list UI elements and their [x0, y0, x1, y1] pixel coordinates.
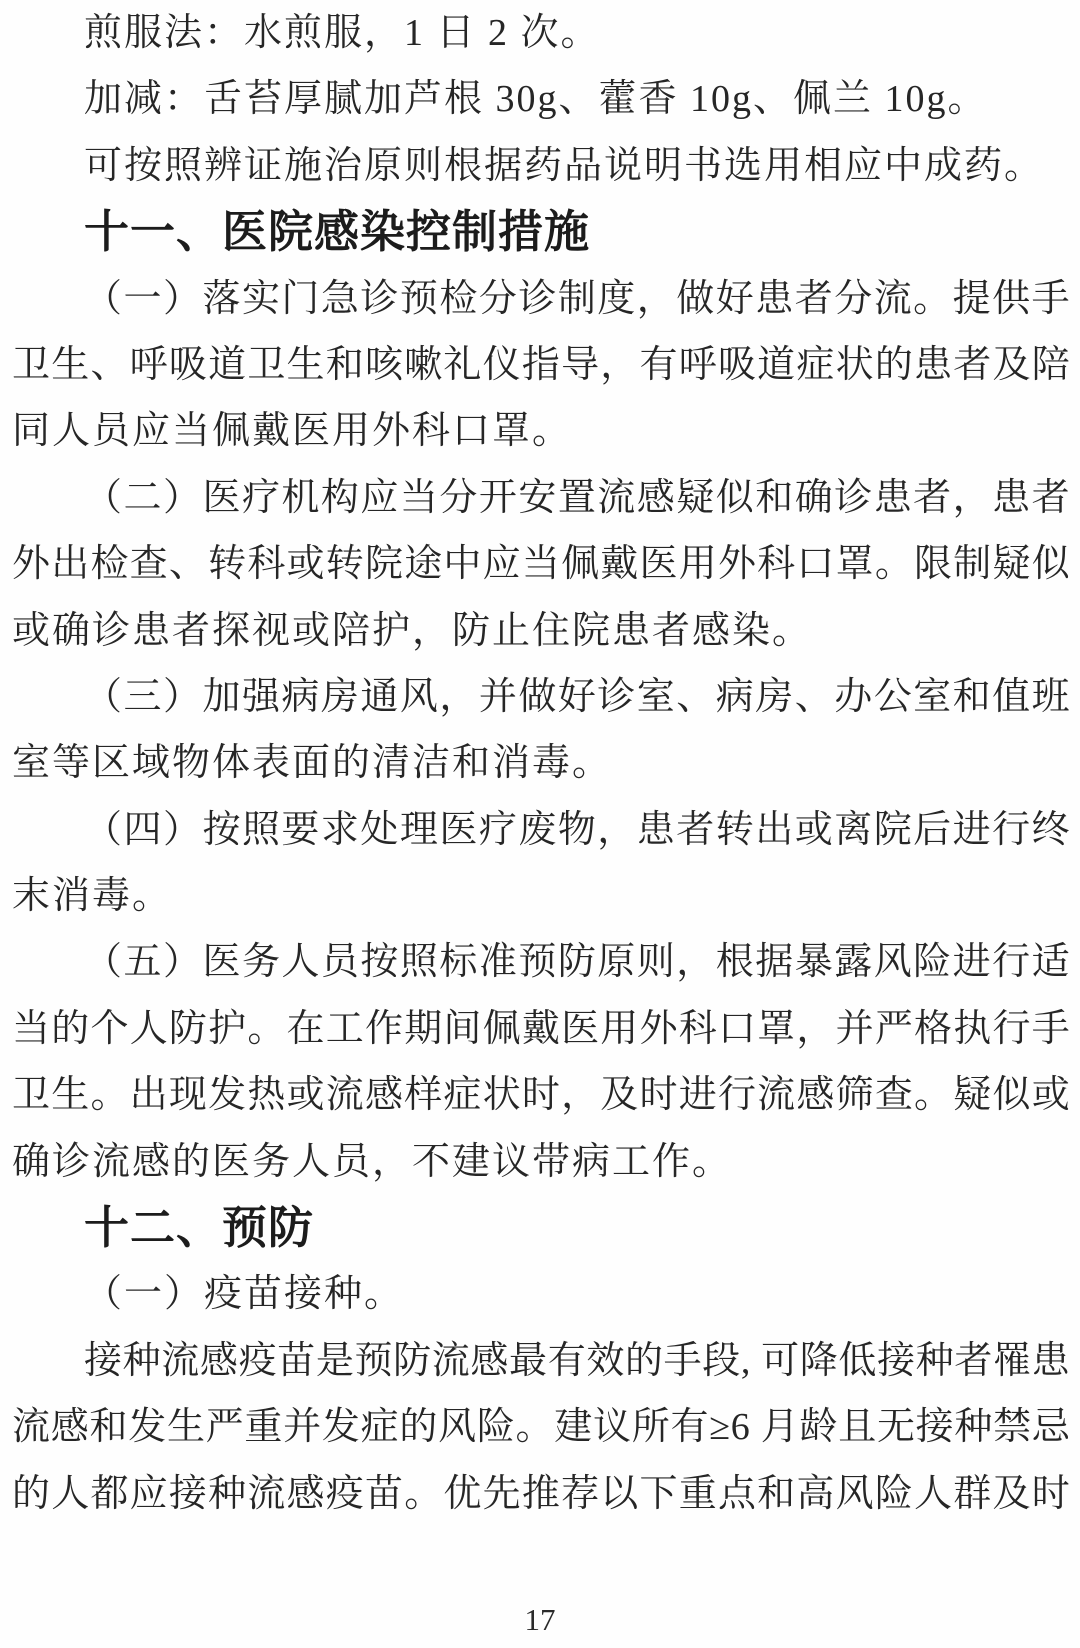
text-line: 卫生、呼吸道卫生和咳嗽礼仪指导，有呼吸道症状的患者及陪	[12, 332, 1070, 398]
text-line: （一）疫苗接种。	[12, 1261, 1070, 1327]
text-line: 末消毒。	[12, 863, 1070, 929]
text-line: 卫生。出现发热或流感样症状时，及时进行流感筛查。疑似或	[12, 1062, 1070, 1128]
text-line: 的人都应接种流感疫苗。优先推荐以下重点和高风险人群及时	[12, 1461, 1070, 1527]
text-line: （五）医务人员按照标准预防原则，根据暴露风险进行适	[12, 929, 1070, 995]
text-line: 室等区域物体表面的清洁和消毒。	[12, 730, 1070, 796]
text-line: （二）医疗机构应当分开安置流感疑似和确诊患者，患者	[12, 465, 1070, 531]
text-line: （三）加强病房通风，并做好诊室、病房、办公室和值班	[12, 664, 1070, 730]
document-text-block: 煎服法：水煎服，1 日 2 次。 加减：舌苔厚腻加芦根 30g、藿香 10g、佩…	[12, 0, 1070, 1527]
text-line: 可按照辨证施治原则根据药品说明书选用相应中成药。	[12, 133, 1070, 199]
text-line: 接种流感疫苗是预防流感最有效的手段, 可降低接种者罹患	[12, 1328, 1070, 1394]
text-line: 加减：舌苔厚腻加芦根 30g、藿香 10g、佩兰 10g。	[12, 66, 1070, 132]
text-line: 当的个人防护。在工作期间佩戴医用外科口罩，并严格执行手	[12, 996, 1070, 1062]
section-heading-11: 十一、医院感染控制措施	[12, 199, 1070, 265]
page-number: 17	[0, 1598, 1080, 1642]
text-line: 或确诊患者探视或陪护，防止住院患者感染。	[12, 598, 1070, 664]
text-line: （四）按照要求处理医疗废物，患者转出或离院后进行终	[12, 797, 1070, 863]
text-line: 煎服法：水煎服，1 日 2 次。	[12, 0, 1070, 66]
text-line: 确诊流感的医务人员，不建议带病工作。	[12, 1129, 1070, 1195]
text-line: 外出检查、转科或转院途中应当佩戴医用外科口罩。限制疑似	[12, 531, 1070, 597]
section-heading-12: 十二、预防	[12, 1195, 1070, 1261]
text-line: （一）落实门急诊预检分诊制度，做好患者分流。提供手	[12, 266, 1070, 332]
document-page: 煎服法：水煎服，1 日 2 次。 加减：舌苔厚腻加芦根 30g、藿香 10g、佩…	[0, 0, 1080, 1648]
text-line: 流感和发生严重并发症的风险。建议所有≥6 月龄且无接种禁忌	[12, 1394, 1070, 1460]
text-line: 同人员应当佩戴医用外科口罩。	[12, 398, 1070, 464]
